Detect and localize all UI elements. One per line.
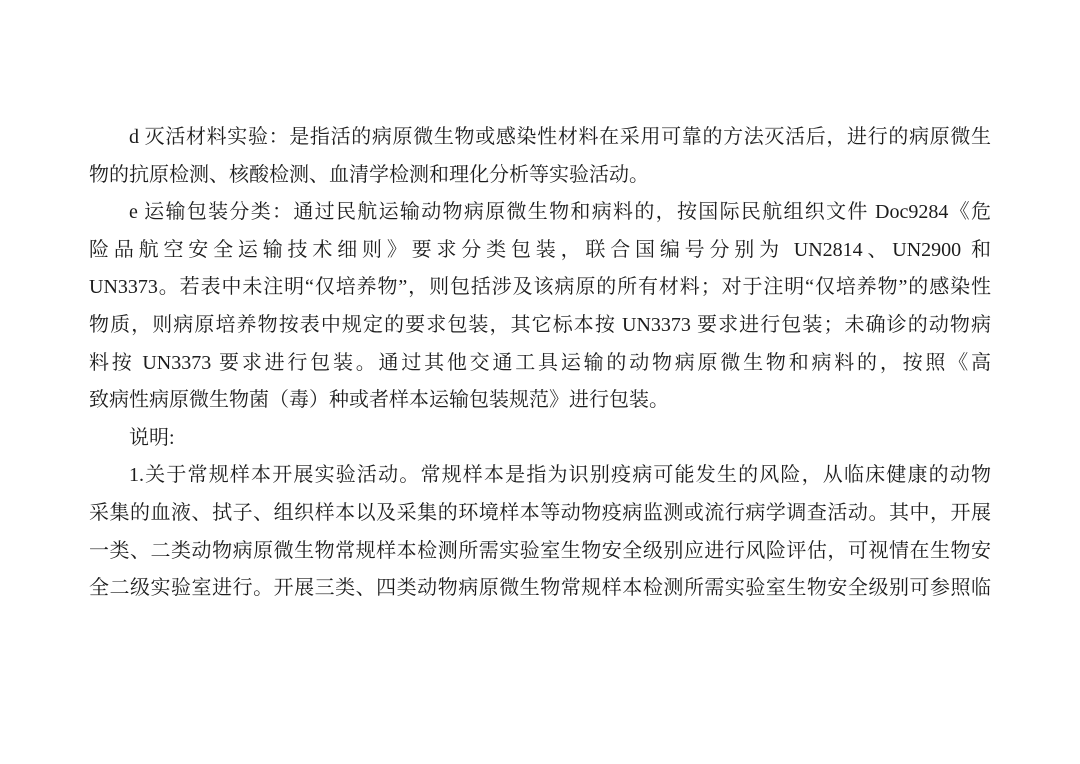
text-line: 全二级实验室进行。开展三类、四类动物病原微生物常规样本检测所需实验室生物安全级别… (89, 570, 991, 608)
text-line: 物的抗原检测、核酸检测、血清学检测和理化分析等实验活动。 (89, 157, 991, 195)
text-line: 险品航空安全运输技术细则》要求分类包装，联合国编号分别为 UN2814、UN29… (89, 232, 991, 270)
text-line: e 运输包装分类：通过民航运输动物病原微生物和病料的，按国际民航组织文件 Doc… (89, 194, 991, 232)
paragraph-e-transport-packaging-classification: e 运输包装分类：通过民航运输动物病原微生物和病料的，按国际民航组织文件 Doc… (89, 194, 991, 420)
document-text-block: d 灭活材料实验：是指活的病原微生物或感染性材料在采用可靠的方法灭活后，进行的病… (89, 119, 991, 608)
notes-heading-text: 说明: (89, 420, 991, 458)
text-line: 致病性病原微生物菌（毒）种或者样本运输包装规范》进行包装。 (89, 382, 991, 420)
paragraph-note-1-routine-samples: 1.关于常规样本开展实验活动。常规样本是指为识别疫病可能发生的风险，从临床健康的… (89, 457, 991, 607)
document-page: d 灭活材料实验：是指活的病原微生物或感染性材料在采用可靠的方法灭活后，进行的病… (0, 0, 1080, 764)
text-line: UN3373。若表中未注明“仅培养物”，则包括涉及该病原的所有材料；对于注明“仅… (89, 269, 991, 307)
text-line: 一类、二类动物病原微生物常规样本检测所需实验室生物安全级别应进行风险评估，可视情… (89, 533, 991, 571)
text-line: 料按 UN3373 要求进行包装。通过其他交通工具运输的动物病原微生物和病料的，… (89, 345, 991, 383)
notes-heading: 说明: (89, 420, 991, 458)
paragraph-d-inactivated-material-experiment: d 灭活材料实验：是指活的病原微生物或感染性材料在采用可靠的方法灭活后，进行的病… (89, 119, 991, 194)
text-line: 物质，则病原培养物按表中规定的要求包装，其它标本按 UN3373 要求进行包装；… (89, 307, 991, 345)
text-line: 采集的血液、拭子、组织样本以及采集的环境样本等动物疫病监测或流行病学调查活动。其… (89, 495, 991, 533)
text-line: d 灭活材料实验：是指活的病原微生物或感染性材料在采用可靠的方法灭活后，进行的病… (89, 119, 991, 157)
text-line: 1.关于常规样本开展实验活动。常规样本是指为识别疫病可能发生的风险，从临床健康的… (89, 457, 991, 495)
